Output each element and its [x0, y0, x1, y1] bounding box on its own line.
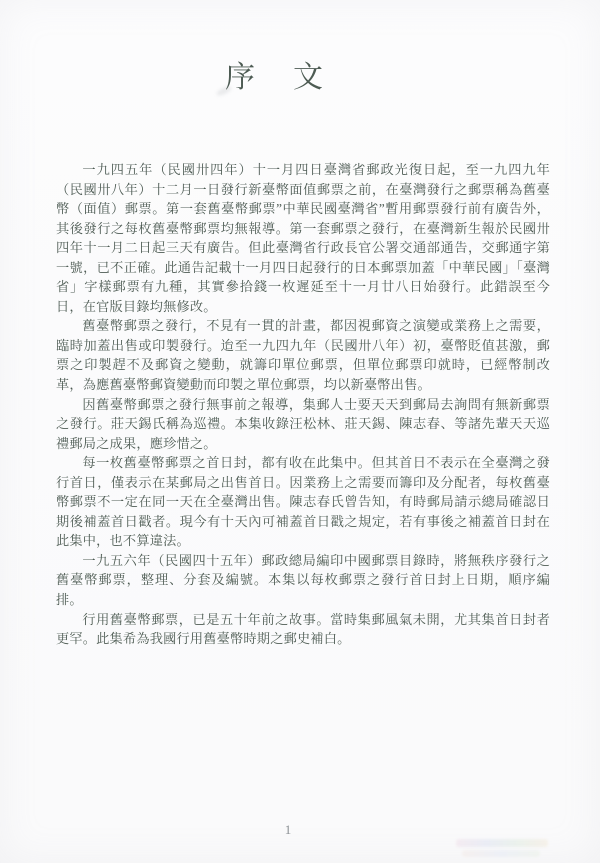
page-title: 序 文	[0, 52, 552, 96]
watermark-row	[462, 850, 540, 857]
watermark-row	[456, 839, 548, 847]
preface-body: 一九四五年（民國卅四年）十一月四日臺灣省郵政光復日起，至一九四九年（民國卅八年）…	[56, 160, 550, 649]
paragraph: 因舊臺幣郵票之發行無事前之報導，集郵人士要天天到郵局去詢問有無新郵票之發行。莊天…	[56, 395, 550, 454]
paragraph: 一九五六年（民國四十五年）郵政總局編印中國郵票目錄時，將無秩序發行之舊臺幣郵票，…	[56, 551, 550, 610]
paragraph: 每一枚舊臺幣郵票之首日封，都有收在此集中。但其首日不表示在全臺灣之發行首日，僅表…	[56, 453, 550, 551]
scanned-preface-page: 序 文 一九四五年（民國卅四年）十一月四日臺灣省郵政光復日起，至一九四九年（民國…	[0, 0, 600, 863]
paragraph: 一九四五年（民國卅四年）十一月四日臺灣省郵政光復日起，至一九四九年（民國卅八年）…	[56, 160, 550, 316]
page-number: 1	[0, 822, 576, 838]
faint-watermark	[452, 839, 548, 859]
paragraph: 舊臺幣郵票之發行，不見有一貫的計畫，都因視郵資之演變或業務上之需要，臨時加蓋出售…	[56, 316, 550, 394]
paragraph: 行用舊臺幣郵票，已是五十年前之故事。當時集郵風氣未開，尤其集首日封者更罕。此集希…	[56, 610, 550, 649]
